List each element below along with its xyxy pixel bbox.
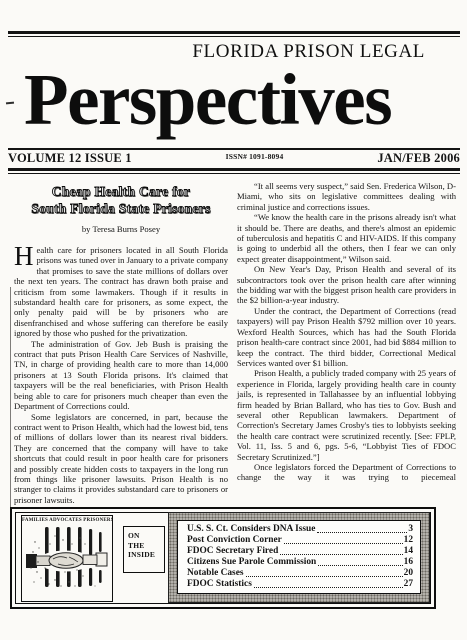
toc-page-number: 3	[408, 524, 413, 535]
toc-box: U.S. S. Ct. Considers DNA Issue 3 Post C…	[168, 512, 430, 603]
masthead-title: Perspectives	[24, 63, 444, 136]
body-paragraph: “We know the health care in the prisons …	[237, 212, 456, 264]
toc-row: U.S. S. Ct. Considers DNA Issue 3	[187, 524, 413, 535]
body-paragraph: Prison Health, a publicly traded company…	[237, 368, 456, 462]
body-paragraph: The administration of Gov. Jeb Bush is p…	[14, 339, 228, 412]
toc-leader-dots	[318, 565, 402, 566]
article-byline: by Teresa Burns Posey	[14, 224, 228, 234]
toc-leader-dots	[280, 554, 402, 555]
toc-title: FDOC Secretary Fired	[187, 546, 278, 557]
toc-leader-dots	[317, 532, 407, 533]
volume-issue-label: VOLUME 12 ISSUE 1	[8, 151, 132, 166]
paragraph-text: ealth care for prisoners located in all …	[14, 245, 228, 338]
drop-cap: H	[14, 245, 37, 266]
body-paragraph: “It all seems very suspect,” said Sen. F…	[237, 181, 456, 212]
issue-date-label: JAN/FEB 2006	[377, 151, 460, 166]
toc-page-number: 16	[404, 557, 413, 568]
toc-leader-dots	[284, 543, 403, 544]
issn-label: ISSN# 1091-8094	[226, 152, 284, 161]
toc-page-number: 12	[404, 535, 413, 546]
toc-page-number: 20	[404, 568, 413, 579]
top-rule-thin	[8, 36, 460, 37]
toc-title: Citizens Sue Parole Commission	[187, 557, 316, 568]
toc-row: FDOC Statistics 27	[187, 579, 413, 590]
body-paragraph: Once legislators forced the Department o…	[237, 462, 456, 483]
issue-info-row: VOLUME 12 ISSUE 1 ISSN# 1091-8094 JAN/FE…	[8, 151, 460, 167]
title-underline-rule	[8, 148, 460, 150]
on-the-inside-label: ON THE INSIDE	[123, 526, 165, 573]
toc-row: Citizens Sue Parole Commission 16	[187, 557, 413, 568]
toc-leader-dots	[254, 587, 403, 588]
image-caption: FAMILIES ADVOCATES PRISONERS	[22, 518, 112, 523]
body-paragraph: On New Year's Day, Prison Health and sev…	[237, 264, 456, 306]
article-column-right: “It all seems very suspect,” said Sen. F…	[237, 181, 456, 483]
top-rule-thick	[8, 31, 460, 34]
toc-title: FDOC Statistics	[187, 579, 252, 590]
toc-row: Post Conviction Corner 12	[187, 535, 413, 546]
inside-summary-box: FAMILIES ADVOCATES PRISONERS	[10, 507, 436, 609]
toc-title: Notable Cases	[187, 568, 244, 579]
article-column-left: Cheap Health Care for South Florida Stat…	[14, 180, 228, 505]
handshake-through-bars-image	[25, 524, 109, 594]
toc-page-number: 27	[404, 579, 413, 590]
toc-row: FDOC Secretary Fired 14	[187, 546, 413, 557]
prisoner-image-frame: FAMILIES ADVOCATES PRISONERS	[21, 515, 113, 602]
masthead-bottom-rule-thick	[8, 168, 460, 171]
toc-title: U.S. S. Ct. Considers DNA Issue	[187, 524, 315, 535]
body-paragraph: Health care for prisoners located in all…	[14, 245, 228, 339]
toc-title: Post Conviction Corner	[187, 535, 282, 546]
article-headline: Cheap Health Care for South Florida Stat…	[14, 184, 228, 217]
body-paragraph: Under the contract, the Department of Co…	[237, 306, 456, 368]
scan-artifact-dash	[6, 102, 14, 105]
toc-leader-dots	[246, 576, 403, 577]
toc-page-number: 14	[404, 546, 413, 557]
masthead-bottom-rule-thin	[8, 173, 460, 174]
toc-row: Notable Cases 20	[187, 568, 413, 579]
toc-panel: U.S. S. Ct. Considers DNA Issue 3 Post C…	[177, 520, 421, 594]
body-paragraph: Some legislators are concerned, in part,…	[14, 412, 228, 506]
newsletter-page: FLORIDA PRISON LEGAL Perspectives VOLUME…	[0, 0, 467, 640]
scan-artifact-crease	[10, 287, 11, 511]
